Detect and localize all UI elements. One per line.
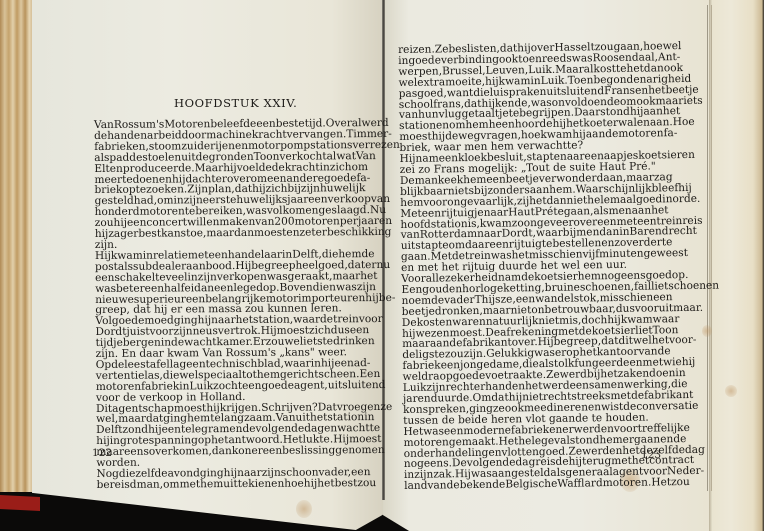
text-line: hijzagerbestkanstoe,maardanmoestenzeterb… <box>95 227 367 240</box>
right-page-body-text: reizen.Zebeslisten,dathijoverHasseltzoug… <box>398 41 664 492</box>
page-number-right: 123 <box>641 449 661 461</box>
book-gutter <box>382 0 385 500</box>
foxing-stain <box>296 500 312 518</box>
foxing-stain <box>725 385 737 397</box>
page-edge-line <box>711 5 712 491</box>
left-page-body-text: VanRossum'sMotorenbeleefdeeenbestetijd.O… <box>94 118 369 491</box>
left-page-block-edge <box>0 0 34 492</box>
book-spread-scan: HOOFDSTUK XXIV. VanRossum'sMotorenbeleef… <box>0 0 764 531</box>
page-number-left: 122 <box>92 447 112 459</box>
foxing-stain <box>702 325 712 337</box>
page-edge-line <box>707 5 708 491</box>
red-cover-corner <box>0 495 40 511</box>
text-line: bereisdman,ommethemuittekienenhoehijhetb… <box>97 478 369 491</box>
chapter-title: HOOFDSTUK XXIV. <box>174 96 334 110</box>
right-page-block-edge <box>709 0 764 531</box>
